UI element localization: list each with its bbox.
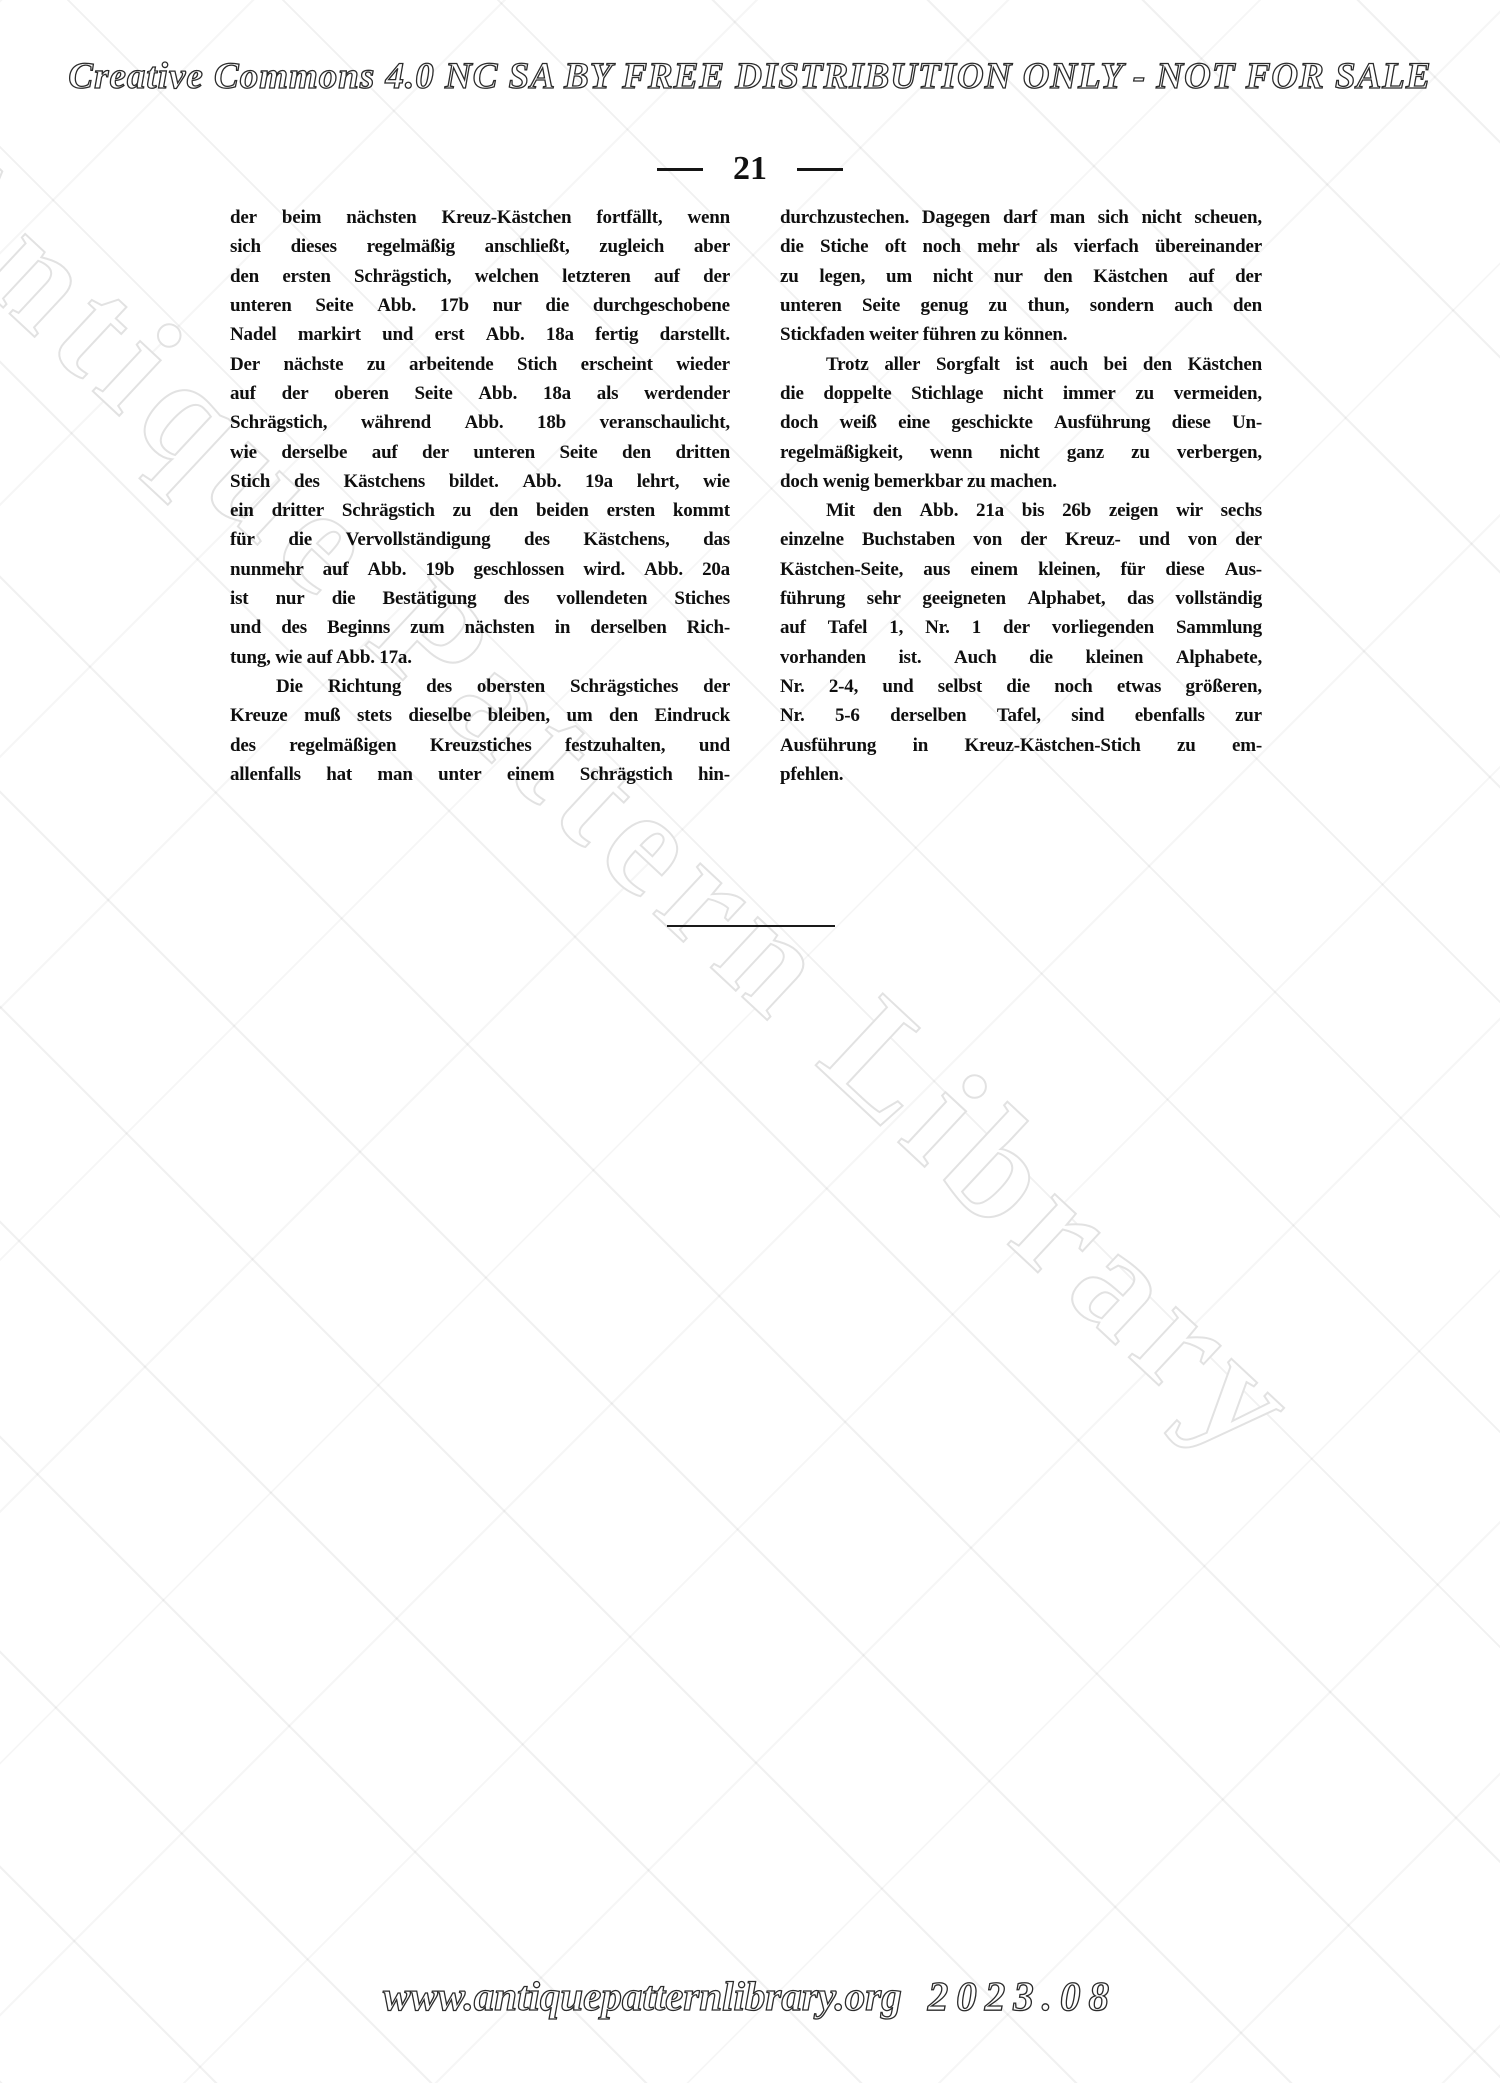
text-line: MitdenAbb.21abis26bzeigenwirsechs xyxy=(780,496,1262,525)
text-line: desregelmäßigenKreuzstichesfestzuhalten,… xyxy=(230,731,730,760)
text-line: DieRichtungdesoberstenSchrägstichesder xyxy=(230,672,730,701)
section-divider-rule xyxy=(667,925,835,927)
page-number: 21 xyxy=(733,150,767,188)
text-line: Nr.5-6derselbenTafel,sindebenfallszur xyxy=(780,701,1262,730)
page-number-row: 21 xyxy=(0,150,1500,188)
page-number-dash xyxy=(657,168,703,171)
footer: www.antiquepatternlibrary.org2023.08 xyxy=(0,1972,1500,2020)
text-line: nunmehraufAbb.19bgeschlossenwird.Abb.20a xyxy=(230,555,730,584)
text-line: DernächstezuarbeitendeSticherscheintwied… xyxy=(230,350,730,379)
scanned-page: Antique Pattern Library Creative Commons… xyxy=(0,0,1500,2083)
text-line: StichdesKästchensbildet.Abb.19alehrt,wie xyxy=(230,467,730,496)
text-line: wiederselbeaufderunterenSeitedendritten xyxy=(230,438,730,467)
text-line: diedoppelteStichlagenichtimmerzuvermeide… xyxy=(780,379,1262,408)
text-line: tung, wie auf Abb. 17a. xyxy=(230,643,730,672)
text-line: dochweißeinegeschickteAusführungdieseUn- xyxy=(780,408,1262,437)
left-text-column: derbeimnächstenKreuz-Kästchenfortfällt,w… xyxy=(230,203,730,789)
text-line: AusführunginKreuz-Kästchen-Stichzuem- xyxy=(780,731,1262,760)
text-line: pfehlen. xyxy=(780,760,1262,789)
text-line: eindritterSchrägstichzudenbeidenerstenko… xyxy=(230,496,730,525)
text-line: aufTafel1,Nr.1dervorliegendenSammlung xyxy=(780,613,1262,642)
text-line: sichdiesesregelmäßiganschließt,zugleicha… xyxy=(230,232,730,261)
text-line: denerstenSchrägstich,welchenletzterenauf… xyxy=(230,262,730,291)
text-line: Schrägstich,währendAbb.18bveranschaulich… xyxy=(230,408,730,437)
text-line: unterenSeiteAbb.17bnurdiedurchgeschobene xyxy=(230,291,730,320)
text-line: durchzustechen.Dagegendarfmansichnichtsc… xyxy=(780,203,1262,232)
text-line: aufderoberenSeiteAbb.18aalswerdender xyxy=(230,379,730,408)
text-line: vorhandenist.AuchdiekleinenAlphabete, xyxy=(780,643,1262,672)
text-line: TrotzallerSorgfaltistauchbeidenKästchen xyxy=(780,350,1262,379)
page-number-dash xyxy=(797,168,843,171)
text-line: Stickfaden weiter führen zu können. xyxy=(780,320,1262,349)
text-line: unterenSeitegenugzuthun,sondernauchden xyxy=(780,291,1262,320)
text-line: fürdieVervollständigungdesKästchens,das xyxy=(230,525,730,554)
license-header: Creative Commons 4.0 NC SA BY FREE DISTR… xyxy=(0,55,1500,98)
footer-edition: 2023.08 xyxy=(928,1973,1117,2019)
text-line: zulegen,umnichtnurdenKästchenaufder xyxy=(780,262,1262,291)
text-line: führungsehrgeeignetenAlphabet,dasvollstä… xyxy=(780,584,1262,613)
text-line: istnurdieBestätigungdesvollendetenStiche… xyxy=(230,584,730,613)
text-line: doch wenig bemerkbar zu machen. xyxy=(780,467,1262,496)
text-line: derbeimnächstenKreuz-Kästchenfortfällt,w… xyxy=(230,203,730,232)
text-line: regelmäßigkeit,wennnichtganzzuverbergen, xyxy=(780,438,1262,467)
text-line: Kästchen-Seite,auseinemkleinen,fürdieseA… xyxy=(780,555,1262,584)
text-line: einzelneBuchstabenvonderKreuz-undvonder xyxy=(780,525,1262,554)
text-line: dieSticheoftnochmehralsvierfachübereinan… xyxy=(780,232,1262,261)
text-line: Nr.2-4,undselbstdienochetwasgrößeren, xyxy=(780,672,1262,701)
text-line: allenfallshatmanuntereinemSchrägstichhin… xyxy=(230,760,730,789)
text-line: Kreuzemußstetsdieselbebleiben,umdenEindr… xyxy=(230,701,730,730)
right-text-column: durchzustechen.Dagegendarfmansichnichtsc… xyxy=(780,203,1262,789)
text-line: NadelmarkirtunderstAbb.18afertigdarstell… xyxy=(230,320,730,349)
footer-url: www.antiquepatternlibrary.org xyxy=(383,1973,902,2019)
text-line: unddesBeginnszumnächsteninderselbenRich- xyxy=(230,613,730,642)
